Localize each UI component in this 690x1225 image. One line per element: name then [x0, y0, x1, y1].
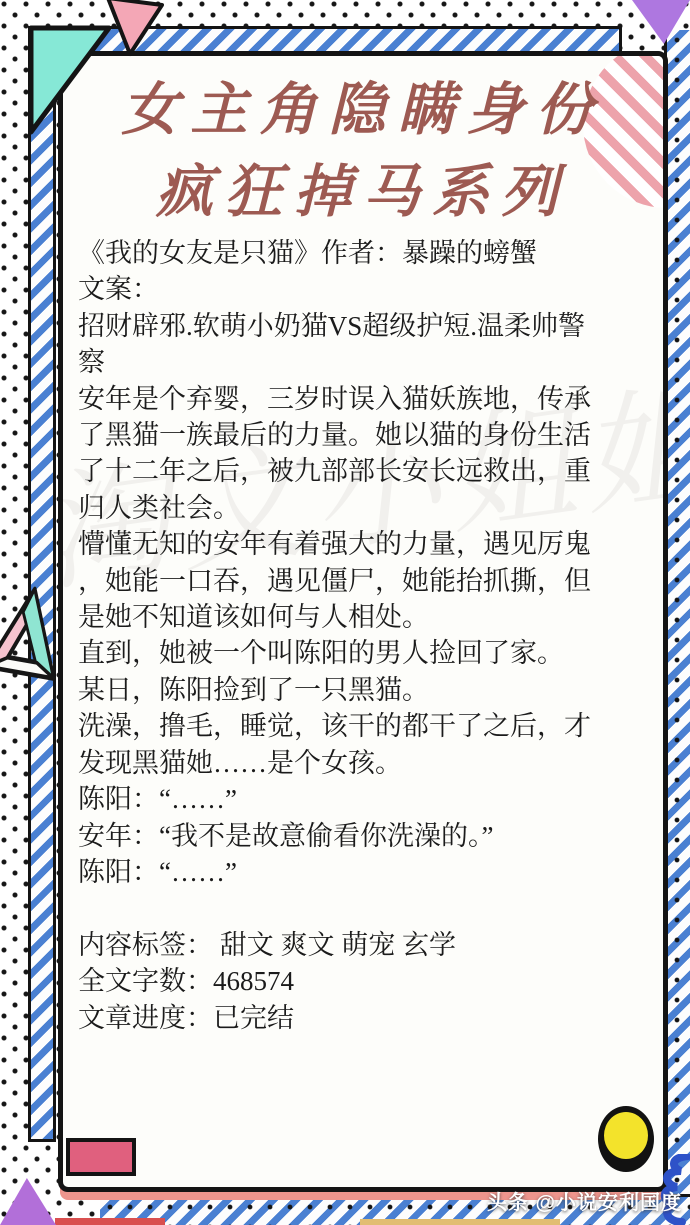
description-line: 了黑猫一族最后的力量。她以猫的身份生活	[78, 417, 660, 453]
description-line: 归人类社会。	[78, 490, 660, 526]
purple-triangle-decoration	[0, 1178, 56, 1225]
mint-triangle-decoration	[26, 22, 114, 138]
description-line: 直到，她被一个叫陈阳的男人捡回了家。	[78, 635, 660, 671]
description-line: 了十二年之后，被九部部长安长远救出，重	[78, 453, 660, 489]
description-line: 陈阳：“……”	[78, 781, 660, 817]
yellow-circle-decoration	[601, 1109, 651, 1162]
description-line: 招财辟邪.软萌小奶猫VS超级护短.温柔帅警	[78, 308, 660, 344]
description-line: 懵懂无知的安年有着强大的力量，遇见厉鬼	[78, 526, 660, 562]
tan-bar-decoration	[360, 1219, 560, 1225]
description-line: ，她能一口吞，遇见僵尸，她能抬抓撕，但	[78, 563, 660, 599]
pink-rectangle-decoration	[66, 1138, 136, 1176]
description-line	[78, 890, 660, 926]
poster-canvas: { "poster": { "title_lines": ["女主角隐瞒身份",…	[0, 0, 690, 1225]
description-line: 文章进度：已完结	[78, 1000, 660, 1036]
description-line: 是她不知道该如何与人相处。	[78, 599, 660, 635]
description-line: 全文字数：468574	[78, 963, 660, 999]
novel-description: 《我的女友是只猫》作者：暴躁的螃蟹文案：招财辟邪.软萌小奶猫VS超级护短.温柔帅…	[78, 235, 660, 1036]
description-line: 察	[78, 344, 660, 380]
description-line: 《我的女友是只猫》作者：暴躁的螃蟹	[78, 235, 660, 271]
description-line: 洗澡，撸毛，睡觉，该干的都干了之后，才	[78, 708, 660, 744]
description-line: 陈阳：“……”	[78, 854, 660, 890]
poster-title-line: 女主角隐瞒身份	[63, 70, 663, 152]
red-bar-decoration	[55, 1218, 165, 1225]
poster-title-line: 疯狂掉马系列	[63, 152, 663, 234]
poster-title: 女主角隐瞒身份疯狂掉马系列	[63, 70, 663, 234]
description-line: 内容标签： 甜文 爽文 萌宠 玄学	[78, 927, 660, 963]
content-card: 淘文小姐姐 女主角隐瞒身份疯狂掉马系列 《我的女友是只猫》作者：暴躁的螃蟹文案：…	[58, 51, 668, 1192]
description-line: 安年：“我不是故意偷看你洗澡的。”	[78, 818, 660, 854]
pink-triangle-decoration	[104, 0, 166, 58]
description-line: 文案：	[78, 271, 660, 307]
description-line: 某日，陈阳捡到了一只黑猫。	[78, 672, 660, 708]
toutiao-watermark: 头条 @小说安利国度	[487, 1186, 682, 1215]
description-line: 安年是个弃婴，三岁时误入猫妖族地，传承	[78, 381, 660, 417]
description-line: 发现黑猫她……是个女孩。	[78, 745, 660, 781]
